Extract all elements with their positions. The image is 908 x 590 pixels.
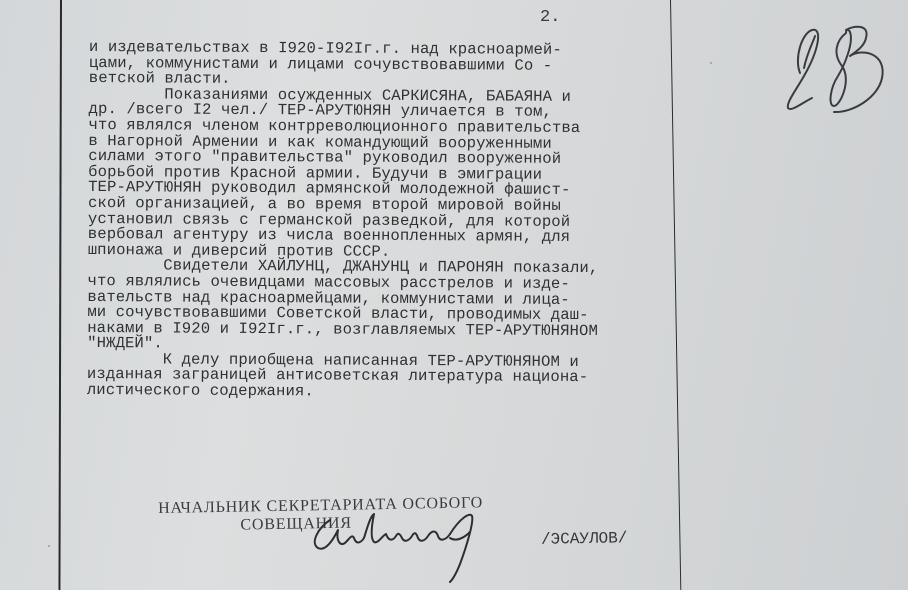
handwritten-signature-icon <box>300 508 500 583</box>
document-body: и издевательствах в I920-I92Iг.г. над кр… <box>87 40 709 402</box>
handwritten-folio-number-icon <box>782 18 902 118</box>
document-photo: 2. и издевательствах в I920-I92Iг.г. над… <box>0 0 908 590</box>
signatory-name: /ЭСАУЛОВ/ <box>541 529 628 549</box>
text-line: наками в I920 и I92Iг.г., возглавляемых … <box>87 321 707 340</box>
paper-speck <box>48 545 50 547</box>
paper-speck <box>148 60 150 62</box>
page-number: 2. <box>540 8 560 27</box>
left-margin-rule <box>58 0 61 590</box>
text-line: листического содержания. <box>87 383 707 402</box>
paper-speck <box>710 62 712 64</box>
